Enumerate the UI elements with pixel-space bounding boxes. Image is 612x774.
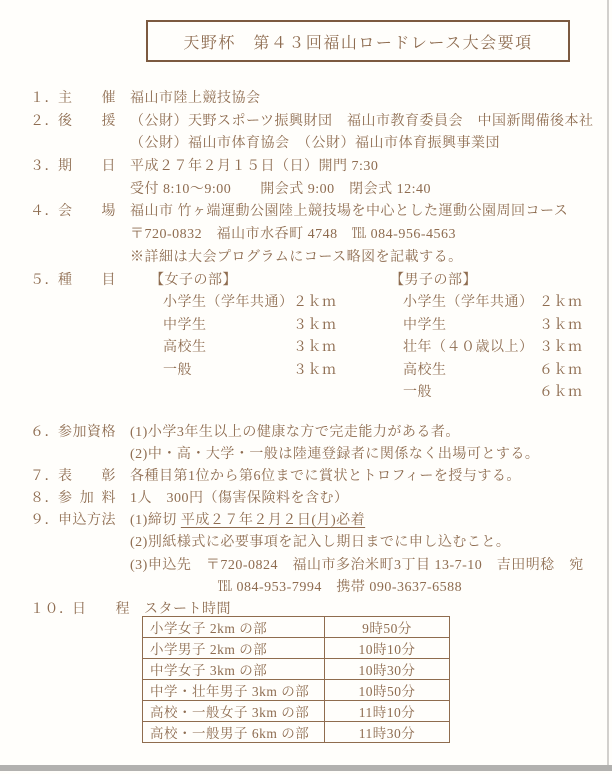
events-section: 【女子の部】 小学生（学年共通） ２ｋｍ 中学生 ３ｋｍ 高校生 ３ｋｍ 一般 … (0, 272, 612, 408)
event-row: 高校生 ６ｋｍ (390, 362, 583, 385)
schedule-event: 中学女子 3km の部 (143, 659, 325, 680)
schedule-time: 10時30分 (325, 659, 450, 680)
event-row: 中学生 ３ｋｍ (390, 317, 583, 340)
item-label: 後援 (58, 113, 116, 130)
item-6-eligibility: ６． 参加資格 (1)小学3年生以上の健康な方で完走能力がある者。 (0, 424, 612, 446)
schedule-row: 高校・一般男子 6km の部 11時30分 (143, 722, 450, 743)
application-line2: (2)別紙様式に必要事項を記入し期日までに申し込むこと。 (0, 534, 612, 556)
event-name: 中学生 (163, 317, 289, 334)
item-label: 参加料 (58, 490, 116, 507)
eligibility-line2-text: (2)中・高・大学・一般は陸連登録者に関係なく出場可とする。 (130, 446, 539, 463)
item-number: ７． (30, 468, 58, 485)
application-line2-text: (2)別紙様式に必要事項を記入し期日までに申し込むこと。 (130, 534, 510, 551)
schedule-event: 高校・一般男子 6km の部 (143, 722, 325, 743)
item-2-supporters: ２． 後援 （公財）天野スポーツ振興財団 福山市教育委員会 中国新聞備後本社 (0, 113, 612, 136)
event-distance: ３ｋｍ (293, 318, 337, 333)
date-line2: 受付 8:10～9:00 開会式 9:00 閉会式 12:40 (0, 181, 612, 204)
event-distance: ２ｋｍ (539, 295, 583, 310)
schedule-time: 11時30分 (325, 722, 450, 743)
event-distance: ３ｋｍ (539, 318, 583, 333)
item-number: ２． (30, 113, 58, 130)
event-name: 一般 (403, 384, 535, 401)
event-name: 小学生（学年共通） (163, 294, 289, 311)
schedule-time: 11時10分 (325, 701, 450, 722)
event-row: 小学生（学年共通） ２ｋｍ (390, 294, 583, 317)
events-women-column: 【女子の部】 小学生（学年共通） ２ｋｍ 中学生 ３ｋｍ 高校生 ３ｋｍ 一般 … (150, 272, 337, 385)
document-title-box: 天野杯 第４３回福山ロードレース大会要項 (146, 20, 570, 62)
item-8-entry-fee: ８． 参加料 1人 300円（傷害保険料を含む） (0, 490, 612, 512)
schedule-time: 10時50分 (325, 680, 450, 701)
item-3-date: ３． 期日 平成２７年２月１５日（日）開門 7:30 (0, 158, 612, 181)
item-label: 期日 (58, 158, 116, 175)
venue-note-text: ※詳細は大会プログラムにコース略図を記載する。 (130, 249, 463, 266)
eligibility-line2: (2)中・高・大学・一般は陸連登録者に関係なく出場可とする。 (0, 446, 612, 468)
entry-fee-text: 1人 300円（傷害保険料を含む） (130, 490, 349, 507)
page-bottom-edge (0, 765, 612, 771)
venue-address-text: 〒720-0832 福山市水呑町 4748 ℡ 084-956-4563 (130, 226, 456, 243)
deadline-underlined: 平成２７年２月２日(月)必着 (181, 513, 365, 528)
event-name: 小学生（学年共通） (403, 294, 535, 311)
event-distance: ３ｋｍ (539, 340, 583, 355)
schedule-event: 中学・壮年男子 3km の部 (143, 680, 325, 701)
event-row: 一般 ３ｋｍ (150, 362, 337, 385)
item-number: ９． (30, 512, 58, 529)
event-name: 高校生 (163, 339, 289, 356)
event-row: 小学生（学年共通） ２ｋｍ (150, 294, 337, 317)
item-label: 主催 (58, 90, 116, 107)
schedule-event: 小学男子 2km の部 (143, 638, 325, 659)
event-distance: ６ｋｍ (539, 363, 583, 378)
event-name: 中学生 (403, 317, 535, 334)
item-number: ６． (30, 424, 58, 441)
item-1-organizer: １． 主催 福山市陸上競技協会 (0, 90, 612, 113)
document-body: １． 主催 福山市陸上競技協会 ２． 後援 （公財）天野スポーツ振興財団 福山市… (0, 90, 612, 743)
item-label: 申込方法 (58, 512, 116, 529)
schedule-row: 小学女子 2km の部 9時50分 (143, 617, 450, 638)
event-row: 一般 ６ｋｍ (390, 384, 583, 407)
venue-note: ※詳細は大会プログラムにコース略図を記載する。 (0, 249, 612, 272)
item-7-awards: ７． 表彰 各種目第1位から第6位までに賞状とトロフィーを授与する。 (0, 468, 612, 490)
start-time-table: 小学女子 2km の部 9時50分 小学男子 2km の部 10時10分 中学女… (142, 616, 450, 743)
schedule-time: 10時10分 (325, 638, 450, 659)
supporters-line2-text: （公財）福山市体育協会 （公財）福山市体育振興事業団 (130, 135, 500, 152)
event-row: 高校生 ３ｋｍ (150, 339, 337, 362)
document-title: 天野杯 第４３回福山ロードレース大会要項 (183, 30, 532, 53)
event-distance: ６ｋｍ (539, 385, 583, 400)
item-label: 会場 (58, 203, 116, 220)
events-women-header: 【女子の部】 (150, 272, 337, 295)
application-phone-text: ℡ 084-953-7994 携帯 090-3637-6588 (218, 579, 462, 596)
item-number: ４． (30, 203, 58, 220)
venue-address: 〒720-0832 福山市水呑町 4748 ℡ 084-956-4563 (0, 226, 612, 249)
event-row: 壮年（４０歳以上） ３ｋｍ (390, 339, 583, 362)
supporters-line1: （公財）天野スポーツ振興財団 福山市教育委員会 中国新聞備後本社 (130, 113, 593, 130)
event-name: 高校生 (403, 362, 535, 379)
date-line1: 平成２７年２月１５日（日）開門 7:30 (130, 158, 378, 175)
eligibility-line1: (1)小学3年生以上の健康な方で完走能力がある者。 (130, 424, 460, 441)
date-line2-text: 受付 8:10～9:00 開会式 9:00 閉会式 12:40 (130, 181, 431, 198)
item-number: １０． (30, 601, 72, 618)
schedule-time: 9時50分 (325, 617, 450, 638)
event-distance: ３ｋｍ (293, 340, 337, 355)
events-men-header: 【男子の部】 (390, 272, 583, 295)
schedule-row: 小学男子 2km の部 10時10分 (143, 638, 450, 659)
event-distance: ３ｋｍ (293, 363, 337, 378)
venue-line1: 福山市 竹ヶ端運動公園陸上競技場を中心とした運動公園周回コース (130, 203, 568, 220)
application-phone: ℡ 084-953-7994 携帯 090-3637-6588 (0, 579, 612, 601)
item-label: 日程 (72, 601, 130, 618)
application-address-text: (3)申込先 〒720-0824 福山市多治米町3丁目 13-7-10 吉田明稔… (130, 557, 584, 574)
item-4-venue: ４． 会場 福山市 竹ヶ端運動公園陸上競技場を中心とした運動公園周回コース (0, 203, 612, 226)
organizer-text: 福山市陸上競技協会 (130, 90, 261, 107)
item-number: ３． (30, 158, 58, 175)
application-address: (3)申込先 〒720-0824 福山市多治米町3丁目 13-7-10 吉田明稔… (0, 557, 612, 579)
schedule-row: 中学女子 3km の部 10時30分 (143, 659, 450, 680)
supporters-line2: （公財）福山市体育協会 （公財）福山市体育振興事業団 (0, 135, 612, 158)
event-name: 一般 (163, 362, 289, 379)
events-men-column: 【男子の部】 小学生（学年共通） ２ｋｍ 中学生 ３ｋｍ 壮年（４０歳以上） ３… (390, 272, 583, 408)
schedule-event: 小学女子 2km の部 (143, 617, 325, 638)
schedule-row: 中学・壮年男子 3km の部 10時50分 (143, 680, 450, 701)
item-9-application: ９． 申込方法 (1)締切 平成２７年２月２日(月)必着 (0, 512, 612, 534)
event-distance: ２ｋｍ (293, 295, 337, 310)
application-line1: (1)締切 平成２７年２月２日(月)必着 (130, 512, 365, 529)
schedule-event: 高校・一般女子 3km の部 (143, 701, 325, 722)
schedule-heading: スタート時間 (144, 601, 231, 618)
item-number: ８． (30, 490, 58, 507)
page-right-edge (607, 0, 609, 765)
deadline-prefix: (1)締切 (130, 513, 181, 528)
schedule-row: 高校・一般女子 3km の部 11時10分 (143, 701, 450, 722)
item-label: 表彰 (58, 468, 116, 485)
awards-text: 各種目第1位から第6位までに賞状とトロフィーを授与する。 (130, 468, 521, 485)
item-number: １． (30, 90, 58, 107)
item-label: 参加資格 (58, 424, 116, 441)
event-row: 中学生 ３ｋｍ (150, 317, 337, 340)
event-name: 壮年（４０歳以上） (403, 339, 535, 356)
